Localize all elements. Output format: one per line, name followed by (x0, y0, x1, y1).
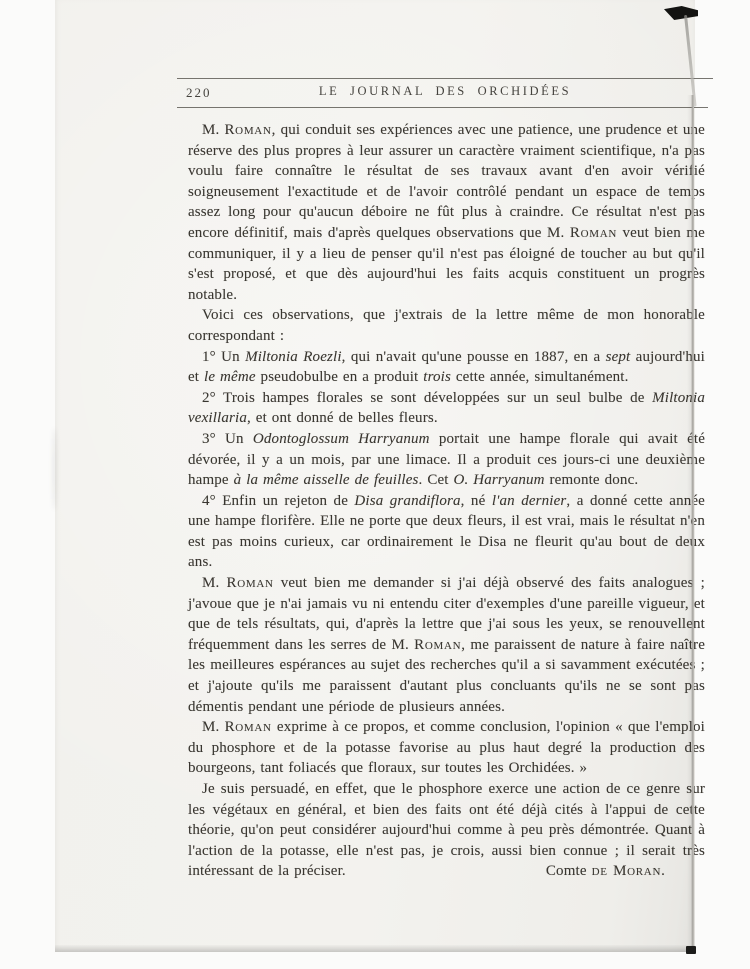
text-run: de Moran (592, 863, 662, 879)
paragraph: M. Roman exprime à ce propos, et comme c… (188, 717, 705, 779)
text-run: 4° Enfin un rejeton de (202, 493, 354, 509)
text-run: Miltonia Roezli (245, 349, 342, 365)
paragraph: 4° Enfin un rejeton de Disa grandiflora,… (188, 491, 705, 573)
text-run: O. Harryanum (454, 472, 545, 488)
text-run: le même (204, 369, 256, 385)
page-edge-shadow (687, 95, 694, 952)
text-run: à la même aisselle de feuilles (234, 472, 419, 488)
text-run: Comte (546, 863, 592, 879)
text-run: , qui conduit ses expériences avec une p… (188, 122, 705, 241)
page-number: 220 (186, 85, 212, 101)
text-run: , qui n'avait qu'une pousse en 1887, en … (342, 349, 606, 365)
scan-canvas: 220 LE JOURNAL DES ORCHIDÉES M. Roman, q… (0, 0, 750, 969)
text-run: Disa grandiflora (354, 493, 460, 509)
header-rule-bottom (177, 107, 708, 108)
text-run: remonte donc. (545, 472, 639, 488)
text-run: Roman (570, 225, 617, 241)
text-run: . (661, 863, 665, 879)
text-run: . Cet (419, 472, 454, 488)
paragraph: 2° Trois hampes florales se sont dévelop… (188, 388, 705, 429)
paragraph: 3° Un Odontoglossum Harryanum portait un… (188, 429, 705, 491)
text-run: 2° Trois hampes florales se sont dévelop… (202, 390, 652, 406)
text-run: , et ont donné de belles fleurs. (247, 410, 438, 426)
text-run: cette année, simultanément. (451, 369, 629, 385)
page-curvature-streak (52, 428, 57, 510)
text-run: Roman (414, 637, 461, 653)
text-run: , né (461, 493, 492, 509)
signature: Comte de Moran. (532, 861, 665, 882)
page-bottom-shadow (55, 945, 695, 952)
text-run: sept (606, 349, 631, 365)
article-body: M. Roman, qui conduit ses expériences av… (188, 120, 705, 882)
text-run: Roman (224, 122, 271, 138)
text-run: pseudobulbe en a produit (256, 369, 424, 385)
text-run: Roman (226, 575, 273, 591)
text-run: M. (202, 575, 226, 591)
paragraph: 1° Un Miltonia Roezli, qui n'avait qu'un… (188, 347, 705, 388)
text-run: Roman (225, 719, 272, 735)
paragraph: M. Roman veut bien me demander si j'ai d… (188, 573, 705, 717)
journal-title: LE JOURNAL DES ORCHIDÉES (177, 84, 713, 99)
text-run: trois (423, 369, 451, 385)
text-run: l'an dernier (492, 493, 567, 509)
page-header: 220 LE JOURNAL DES ORCHIDÉES (177, 84, 713, 102)
text-run: M. (202, 122, 224, 138)
text-run: Voici ces observations, que j'extrais de… (188, 307, 705, 344)
paragraph: M. Roman, qui conduit ses expériences av… (188, 120, 705, 305)
text-run: 1° Un (202, 349, 245, 365)
paragraph: Voici ces observations, que j'extrais de… (188, 305, 705, 346)
paragraph: Je suis persuadé, en effet, que le phosp… (188, 779, 705, 882)
header-rule-top (177, 78, 713, 79)
text-run: Odontoglossum Harryanum (253, 431, 430, 447)
text-run: 3° Un (202, 431, 253, 447)
book-page: 220 LE JOURNAL DES ORCHIDÉES M. Roman, q… (55, 0, 695, 952)
scan-bottom-mark-artifact (686, 946, 696, 954)
text-run: M. (202, 719, 225, 735)
